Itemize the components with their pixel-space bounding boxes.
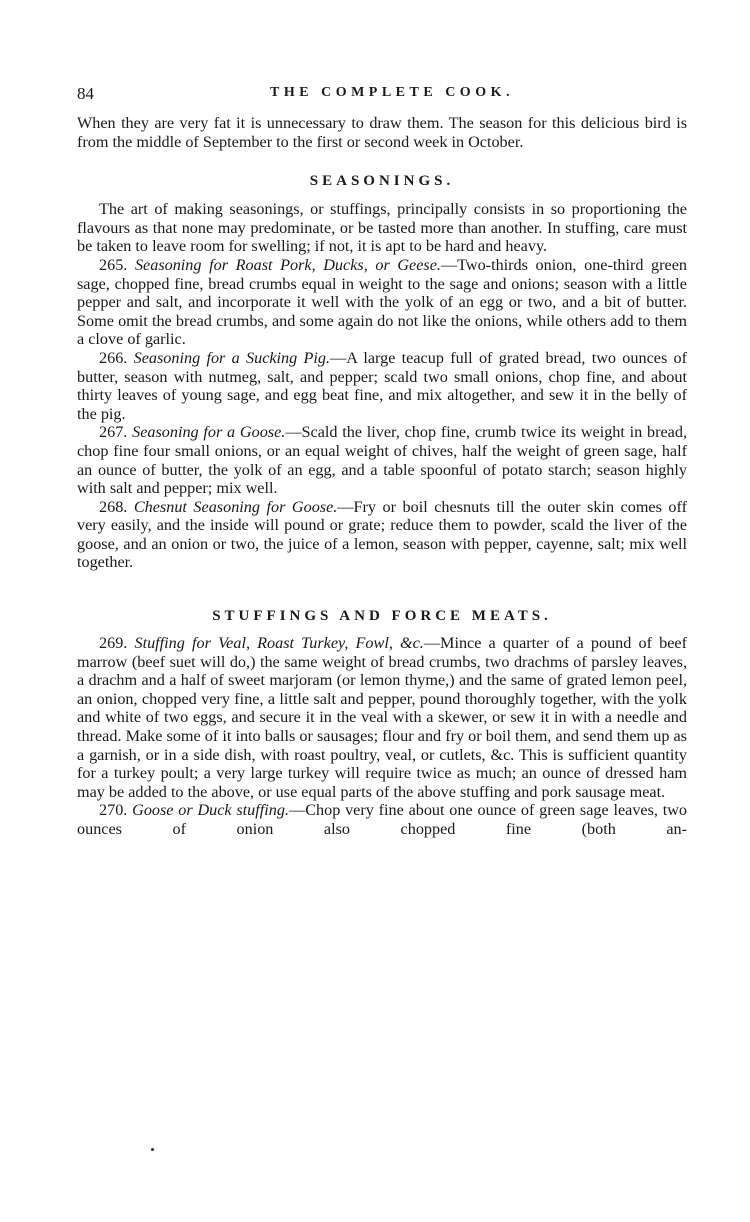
seasonings-intro: The art of making seasonings, or stuffin… (77, 200, 687, 256)
recipe-269: 269. Stuffing for Veal, Roast Turkey, Fo… (77, 634, 687, 801)
intro-paragraph: When they are very fat it is unnecessary… (77, 114, 687, 151)
recipe-title: Seasoning for Roast Pork, Ducks, or Gees… (135, 256, 441, 274)
recipe-265: 265. Seasoning for Roast Pork, Ducks, or… (77, 256, 687, 349)
recipe-number: 265. (99, 256, 127, 274)
recipe-body: —Mince a quarter of a pound of beef marr… (77, 634, 687, 801)
recipe-number: 270. (99, 801, 127, 819)
recipe-268: 268. Chesnut Seasoning for Goose.—Fry or… (77, 498, 687, 572)
recipe-title: Stuffing for Veal, Roast Turkey, Fowl, &… (135, 634, 424, 652)
recipe-title: Seasoning for a Sucking Pig. (134, 349, 330, 367)
recipe-title: Goose or Duck stuffing. (132, 801, 289, 819)
running-head: 84 THE COMPLETE COOK. (77, 84, 687, 108)
recipe-number: 269. (99, 634, 127, 652)
recipe-266: 266. Seasoning for a Sucking Pig.—A larg… (77, 349, 687, 423)
running-title: THE COMPLETE COOK. (77, 85, 687, 101)
section-heading-stuffings: STUFFINGS AND FORCE MEATS. (77, 608, 687, 625)
recipe-number: 267. (99, 423, 127, 441)
section-heading-seasonings: SEASONINGS. (77, 173, 687, 190)
recipe-title: Seasoning for a Goose. (132, 423, 285, 441)
recipe-270: 270. Goose or Duck stuffing.—Chop very f… (77, 801, 687, 838)
recipe-number: 266. (99, 349, 127, 367)
recipe-title: Chesnut Seasoning for Goose. (134, 498, 337, 516)
printer-mark (151, 1148, 154, 1151)
recipe-number: 268. (99, 498, 127, 516)
book-page: 84 THE COMPLETE COOK. When they are very… (77, 84, 687, 839)
recipe-267: 267. Seasoning for a Goose.—Scald the li… (77, 423, 687, 497)
